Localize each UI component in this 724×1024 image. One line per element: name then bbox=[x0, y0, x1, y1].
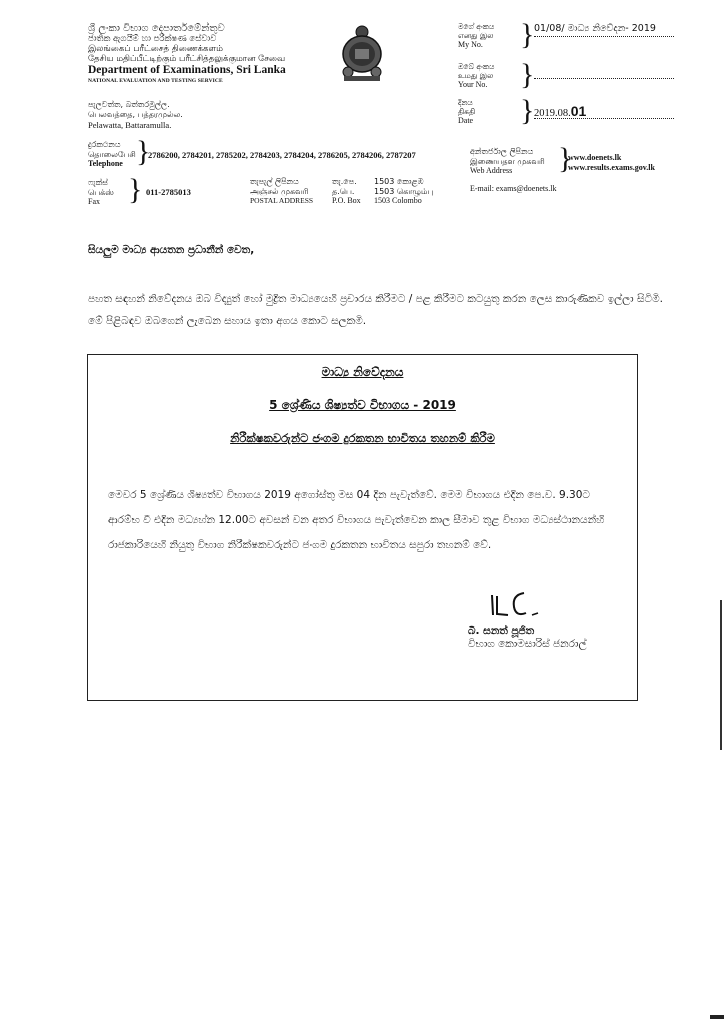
service-name-tamil: தேசிய மதிப்பீட்டிற்கும் பரீட்சித்தலுக்கு… bbox=[88, 54, 328, 64]
dept-name-english: Department of Examinations, Sri Lanka bbox=[88, 64, 328, 77]
my-no-label-si: මගේ අංකය bbox=[458, 22, 516, 31]
department-letterhead: ශ්‍රී ලංකා විභාග දෙපාර්තමේන්තුව ජාතික ඇග… bbox=[88, 24, 328, 85]
web-label-si: අන්තර්ජාල ලිපිනය bbox=[470, 147, 545, 157]
address-tamil: பெலவத்தை, பத்தரமுல்ல. bbox=[88, 110, 183, 120]
signature-block: බී. සනත් පූජිත විභාග කොමසාරිස් ජනරාල් bbox=[468, 585, 586, 651]
po-box-si: තැ.පෙ. bbox=[332, 177, 361, 187]
dept-name-sinhala: ශ්‍රී ලංකා විභාග දෙපාර්තමේන්තුව bbox=[88, 24, 328, 34]
your-no-value bbox=[534, 64, 674, 79]
web-link-results[interactable]: www.results.exams.gov.lk bbox=[568, 163, 655, 173]
postal-label-ta: அஞ்சல் முகவரி bbox=[250, 187, 313, 197]
address-english: Pelawatta, Battaramulla. bbox=[88, 120, 183, 130]
postal-label-en: POSTAL ADDRESS bbox=[250, 196, 313, 206]
my-no-label-en: My No. bbox=[458, 40, 516, 49]
notice-text: මෙවර 5 ශ්‍රේණිය ශිෂ්‍යත්ව විභාගය 2019 අග… bbox=[108, 483, 623, 558]
service-name-english: NATIONAL EVALUATION AND TESTING SERVICE bbox=[88, 77, 328, 85]
intro-paragraph: පහත සඳහන් නිවේදනය ඔබ විද්‍යුත් හෝ මුද්‍ර… bbox=[88, 288, 668, 332]
telephone-row: දුරකථනය தொலைபேசி Telephone } 2786200, 27… bbox=[88, 140, 468, 172]
postal-label-si: තැපැල් ලිපිනය bbox=[250, 177, 313, 187]
signature-icon bbox=[468, 585, 586, 625]
web-address-row: අන්තර්ජාල ලිපිනය இணையதள முகவரி Web Addre… bbox=[470, 147, 700, 179]
notice-heading: නිරීක්ෂකවරුන්ට ජංගම දුරකතන භාවිතය තහනම් … bbox=[88, 431, 637, 446]
service-name-sinhala: ජාතික ඇගයීම් හා පරීක්ෂණ සේවාව bbox=[88, 34, 328, 44]
your-no-label-ta: உமது இல bbox=[458, 71, 516, 80]
web-label-ta: இணையதள முகவரி bbox=[470, 157, 545, 167]
brace-icon: } bbox=[520, 96, 534, 126]
notice-subtitle: 5 ශ්‍රේණිය ශිෂ්‍යත්ව විභාගය - 2019 bbox=[88, 398, 637, 413]
date-label-en: Date bbox=[458, 116, 516, 125]
brace-icon: } bbox=[520, 60, 534, 90]
brace-icon: } bbox=[520, 20, 534, 50]
signatory-name: බී. සනත් පූජිත bbox=[468, 625, 586, 638]
scan-edge-mark bbox=[710, 1015, 724, 1019]
po-box-value-en: 1503 Colombo bbox=[374, 196, 433, 206]
your-no-label-si: ඔබේ අංකය bbox=[458, 62, 516, 71]
po-box-value-si: 1503 කොළඹ bbox=[374, 177, 433, 187]
my-no-value: 01/08/ මාධ්‍ය නිවේදන- 2019 bbox=[534, 22, 674, 37]
my-number-field: මගේ අංකය எனது இல My No. } 01/08/ මාධ්‍ය … bbox=[458, 22, 698, 54]
date-printed: 2019.08. bbox=[534, 108, 571, 119]
media-notice-box: මාධ්‍ය නිවේදනය 5 ශ්‍රේණිය ශිෂ්‍යත්ව විභා… bbox=[87, 354, 638, 701]
date-value: 2019.08.01 bbox=[534, 104, 674, 119]
sri-lanka-emblem-icon bbox=[340, 24, 384, 82]
your-no-label-en: Your No. bbox=[458, 80, 516, 89]
web-link-doenets[interactable]: www.doenets.lk bbox=[568, 153, 655, 163]
telephone-numbers: 2786200, 2784201, 2785202, 2784203, 2784… bbox=[148, 151, 416, 161]
po-box-en: P.O. Box bbox=[332, 196, 361, 206]
notice-title: මාධ්‍ය නිවේදනය bbox=[88, 365, 637, 380]
date-label-si: දිනය bbox=[458, 98, 516, 107]
department-address: පැලවත්ත, බත්තරමුල්ල. பெலவத்தை, பத்தரமுல்… bbox=[88, 100, 183, 130]
fax-label-en: Fax bbox=[88, 197, 114, 207]
address-sinhala: පැලවත්ත, බත්තරමුල්ල. bbox=[88, 100, 183, 110]
scan-edge-line bbox=[720, 600, 722, 750]
email-address[interactable]: E-mail: exams@doenets.lk bbox=[470, 184, 556, 194]
brace-icon: } bbox=[128, 175, 142, 205]
date-handwritten-day: 01 bbox=[571, 103, 587, 119]
telephone-label-si: දුරකථනය bbox=[88, 140, 136, 150]
telephone-label-en: Telephone bbox=[88, 159, 136, 169]
salutation: සියලුම මාධ්‍ය ආයතන ප්‍රධානීන් වෙත, bbox=[88, 244, 254, 257]
fax-label-si: ෆැක්ස් bbox=[88, 178, 114, 188]
postal-address-row: තැපැල් ලිපිනය அஞ்சல் முகவரி POSTAL ADDRE… bbox=[250, 177, 460, 209]
telephone-label-ta: தொலைபேசி bbox=[88, 150, 136, 160]
date-field: දිනය திகதி Date } 2019.08.01 bbox=[458, 98, 698, 130]
date-label-ta: திகதி bbox=[458, 107, 516, 116]
dept-name-tamil: இலங்கைப் பரீட்சைத் திணைக்களம் bbox=[88, 44, 328, 54]
fax-number: 011-2785013 bbox=[146, 188, 191, 198]
signatory-title: විභාග කොමසාරිස් ජනරාල් bbox=[468, 638, 586, 651]
my-no-label-ta: எனது இல bbox=[458, 31, 516, 40]
your-number-field: ඔබේ අංකය உமது இல Your No. } bbox=[458, 62, 698, 94]
web-label-en: Web Address bbox=[470, 166, 545, 176]
po-box-value-ta: 1503 கொழும்பு bbox=[374, 187, 433, 197]
fax-label-ta: பெக்ஸ் bbox=[88, 188, 114, 198]
po-box-ta: த.பெ. bbox=[332, 187, 361, 197]
fax-row: ෆැක්ස් பெக்ஸ் Fax } 011-2785013 bbox=[88, 178, 238, 210]
